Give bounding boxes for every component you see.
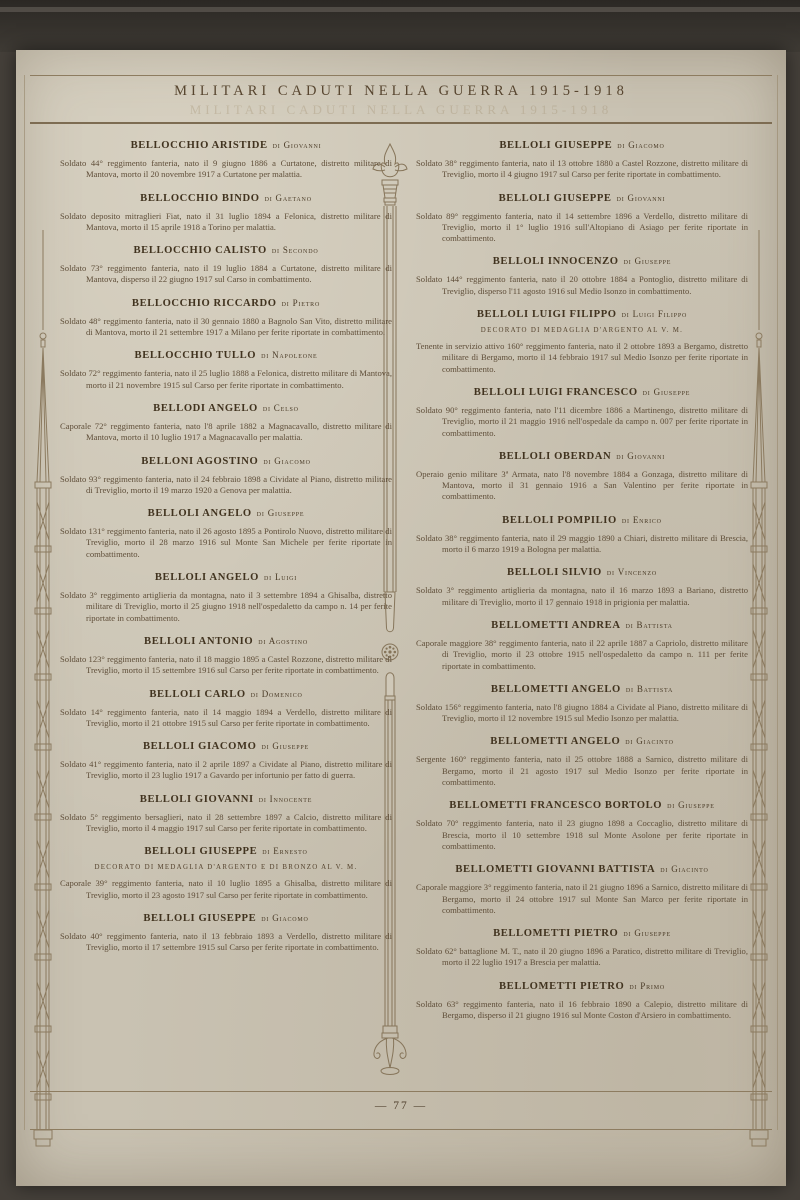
soldier-filiation: di Giacomo [261, 913, 308, 923]
soldier-surname: BELLOLI GIOVANNI [140, 794, 254, 805]
soldier-filiation: di Agostino [258, 636, 308, 646]
soldier-entry: BELLOLI CARLOdi DomenicoSoldato 14° regg… [60, 687, 392, 730]
soldier-record-text: Sergente 160° reggimento fanteria, nato … [416, 754, 748, 788]
soldier-name-heading: BELLOCCHIO ARISTIDEdi Giovanni [60, 138, 392, 152]
soldier-record-text: Soldato 72° reggimento fanteria, nato il… [60, 368, 392, 391]
soldier-entry: BELLOLI ANGELOdi LuigiSoldato 3° reggime… [60, 570, 392, 624]
soldier-record-text: Soldato 123° reggimento fanteria, nato i… [60, 654, 392, 677]
soldier-record-text: Soldato 14° reggimento fanteria, nato il… [60, 707, 392, 730]
soldier-name-heading: BELLONI AGOSTINOdi Giacomo [60, 454, 392, 468]
soldier-record-text: Caporale 39° reggimento fanteria, nato i… [60, 878, 392, 901]
soldier-surname: BELLOCCHIO RICCARDO [132, 298, 277, 309]
soldier-filiation: di Giacinto [625, 736, 673, 746]
soldier-record-text: Soldato 89° reggimento fanteria, nato il… [416, 211, 748, 245]
soldier-surname: BELLOLI ANGELO [148, 508, 252, 519]
soldier-surname: BELLOMETTI ANDREA [491, 620, 620, 631]
soldier-filiation: di Gaetano [265, 193, 312, 203]
soldier-name-heading: BELLODI ANGELOdi Celso [60, 401, 392, 415]
soldier-entry: BELLOCCHIO BINDOdi GaetanoSoldato deposi… [60, 191, 392, 234]
soldier-name-heading: BELLOLI LUIGI FILIPPOdi Luigi Filippo [416, 307, 748, 321]
soldier-name-heading: BELLOLI INNOCENZOdi Giuseppe [416, 254, 748, 268]
soldier-entry: BELLOMETTI ANGELOdi BattistaSoldato 156°… [416, 682, 748, 725]
soldier-filiation: di Luigi Filippo [622, 309, 687, 319]
soldier-surname: BELLOMETTI PIETRO [493, 928, 618, 939]
soldier-name-heading: BELLOCCHIO RICCARDOdi Pietro [60, 296, 392, 310]
book-page: MILITARI CADUTI NELLA GUERRA 1915-1918 M… [16, 50, 786, 1186]
soldier-entry: BELLOLI GIUSEPPEdi ErnestoDECORATO DI ME… [60, 844, 392, 901]
soldier-surname: BELLOLI GIACOMO [143, 741, 256, 752]
soldier-name-heading: BELLOLI GIUSEPPEdi Giovanni [416, 191, 748, 205]
page-number: — 77 — [16, 1100, 786, 1112]
soldier-name-heading: BELLOLI SILVIOdi Vincenzo [416, 565, 748, 579]
soldier-name-heading: BELLOLI POMPILIOdi Enrico [416, 513, 748, 527]
soldier-filiation: di Giacomo [617, 140, 664, 150]
soldier-entry: BELLOLI ANTONIOdi AgostinoSoldato 123° r… [60, 634, 392, 677]
soldier-surname: BELLOLI POMPILIO [502, 515, 617, 526]
soldier-filiation: di Giacinto [660, 864, 708, 874]
soldier-filiation: di Giuseppe [261, 741, 309, 751]
soldier-filiation: di Battista [626, 684, 673, 694]
soldier-record-text: Operaio genio militare 3ª Armata, nato l… [416, 469, 748, 503]
soldier-record-text: Tenente in servizio attivo 160° reggimen… [416, 341, 748, 375]
soldier-record-text: Soldato 38° reggimento fanteria, nato il… [416, 533, 748, 556]
soldier-surname: BELLOLI GIUSEPPE [499, 140, 612, 151]
top-rule [30, 75, 772, 76]
soldier-name-heading: BELLOMETTI ANGELOdi Battista [416, 682, 748, 696]
decoration-line: DECORATO DI MEDAGLIA D'ARGENTO E DI BRON… [60, 864, 392, 871]
soldier-filiation: di Celso [263, 403, 299, 413]
soldier-name-heading: BELLOLI ANTONIOdi Agostino [60, 634, 392, 648]
soldier-filiation: di Ernesto [262, 846, 307, 856]
soldier-entry: BELLONI AGOSTINOdi GiacomoSoldato 93° re… [60, 454, 392, 497]
soldier-record-text: Soldato 70° reggimento fanteria, nato il… [416, 818, 748, 852]
soldier-filiation: di Enrico [622, 515, 662, 525]
soldier-surname: BELLONI AGOSTINO [141, 456, 258, 467]
soldier-filiation: di Giuseppe [257, 508, 305, 518]
soldier-name-heading: BELLOCCHIO TULLOdi Napoleone [60, 348, 392, 362]
soldier-surname: BELLOLI ANGELO [155, 572, 259, 583]
soldier-surname: BELLOMETTI FRANCESCO BORTOLO [449, 800, 662, 811]
soldier-record-text: Caporale maggiore 3° reggimento fanteria… [416, 882, 748, 916]
soldier-record-text: Soldato 90° reggimento fanteria, nato l'… [416, 405, 748, 439]
soldier-entry: BELLOLI LUIGI FILIPPOdi Luigi FilippoDEC… [416, 307, 748, 375]
soldier-filiation: di Giuseppe [624, 256, 672, 266]
soldier-name-heading: BELLOMETTI PIETROdi Giuseppe [416, 926, 748, 940]
soldier-name-heading: BELLOLI GIUSEPPEdi Giacomo [60, 911, 392, 925]
soldier-surname: BELLOMETTI ANGELO [490, 736, 620, 747]
soldier-name-heading: BELLOMETTI FRANCESCO BORTOLOdi Giuseppe [416, 798, 748, 812]
soldier-filiation: di Giovanni [273, 140, 322, 150]
soldier-name-heading: BELLOLI GIUSEPPEdi Giacomo [416, 138, 748, 152]
soldier-name-heading: BELLOCCHIO CALISTOdi Secondo [60, 243, 392, 257]
soldier-surname: BELLOCCHIO CALISTO [134, 245, 267, 256]
soldier-surname: BELLOLI SILVIO [507, 567, 602, 578]
soldier-entry: BELLOMETTI ANGELOdi GiacintoSergente 160… [416, 734, 748, 788]
footer-rule-lower [30, 1129, 772, 1130]
soldier-filiation: di Napoleone [261, 350, 317, 360]
soldier-entry: BELLOCCHIO CALISTOdi SecondoSoldato 73° … [60, 243, 392, 286]
soldier-record-text: Soldato deposito mitraglieri Fiat, nato … [60, 211, 392, 234]
soldier-record-text: Soldato 5° reggimento bersaglieri, nato … [60, 812, 392, 835]
soldier-record-text: Soldato 144° reggimento fanteria, nato i… [416, 274, 748, 297]
soldier-surname: BELLOMETTI ANGELO [491, 684, 621, 695]
soldier-name-heading: BELLOLI ANGELOdi Giuseppe [60, 506, 392, 520]
soldier-filiation: di Giovanni [616, 451, 665, 461]
soldier-record-text: Soldato 156° reggimento fanteria, nato l… [416, 702, 748, 725]
soldier-record-text: Soldato 131° reggimento fanteria, nato i… [60, 526, 392, 560]
soldier-filiation: di Giuseppe [643, 387, 691, 397]
right-column: BELLOLI GIUSEPPEdi GiacomoSoldato 38° re… [416, 138, 748, 1086]
soldier-name-heading: BELLOLI LUIGI FRANCESCOdi Giuseppe [416, 385, 748, 399]
soldier-filiation: di Giuseppe [623, 928, 671, 938]
soldier-entry: BELLOLI GIOVANNIdi InnocenteSoldato 5° r… [60, 792, 392, 835]
page-title: MILITARI CADUTI NELLA GUERRA 1915-1918 [16, 83, 786, 100]
soldier-name-heading: BELLOLI OBERDANdi Giovanni [416, 449, 748, 463]
decoration-line: DECORATO DI MEDAGLIA D'ARGENTO AL V. M. [416, 327, 748, 334]
right-frame-rule [777, 75, 778, 1130]
soldier-surname: BELLOMETTI PIETRO [499, 981, 624, 992]
soldier-filiation: di Domenico [251, 689, 303, 699]
title-underline-rule [30, 122, 772, 124]
soldier-record-text: Soldato 41° reggimento fanteria, nato il… [60, 759, 392, 782]
soldier-name-heading: BELLOLI GIACOMOdi Giuseppe [60, 739, 392, 753]
soldier-record-text: Soldato 63° reggimento fanteria, nato il… [416, 999, 748, 1022]
soldier-entry: BELLOMETTI PIETROdi GiuseppeSoldato 62° … [416, 926, 748, 969]
soldier-filiation: di Secondo [272, 245, 319, 255]
soldier-entry: BELLOLI ANGELOdi GiuseppeSoldato 131° re… [60, 506, 392, 560]
soldier-surname: BELLOCCHIO ARISTIDE [131, 140, 268, 151]
soldier-surname: BELLOLI LUIGI FILIPPO [477, 309, 617, 320]
soldier-entry: BELLOLI GIUSEPPEdi GiacomoSoldato 38° re… [416, 138, 748, 181]
soldier-entry: BELLOLI SILVIOdi VincenzoSoldato 3° regg… [416, 565, 748, 608]
soldier-entry: BELLOLI GIUSEPPEdi GiovanniSoldato 89° r… [416, 191, 748, 245]
soldier-entry: BELLOLI INNOCENZOdi GiuseppeSoldato 144°… [416, 254, 748, 297]
soldier-record-text: Caporale maggiore 38° reggimento fanteri… [416, 638, 748, 672]
title-showthrough: MILITARI CADUTI NELLA GUERRA 1915-1918 [16, 102, 786, 118]
fasces-border-ornament-left [26, 230, 60, 1180]
soldier-name-heading: BELLOLI ANGELOdi Luigi [60, 570, 392, 584]
soldier-entry: BELLODI ANGELOdi CelsoCaporale 72° reggi… [60, 401, 392, 444]
soldier-filiation: di Giuseppe [667, 800, 715, 810]
left-frame-rule [24, 75, 25, 1130]
footer-rule-upper [30, 1091, 772, 1092]
left-column: BELLOCCHIO ARISTIDEdi GiovanniSoldato 44… [60, 138, 392, 1086]
soldier-name-heading: BELLOMETTI ANGELOdi Giacinto [416, 734, 748, 748]
soldier-entry: BELLOLI GIACOMOdi GiuseppeSoldato 41° re… [60, 739, 392, 782]
soldier-record-text: Soldato 38° reggimento fanteria, nato il… [416, 158, 748, 181]
soldier-entry: BELLOMETTI FRANCESCO BORTOLOdi GiuseppeS… [416, 798, 748, 852]
soldier-surname: BELLOLI ANTONIO [144, 636, 253, 647]
soldier-filiation: di Vincenzo [607, 567, 657, 577]
soldier-entry: BELLOMETTI PIETROdi PrimoSoldato 63° reg… [416, 979, 748, 1022]
soldier-name-heading: BELLOLI GIUSEPPEdi Ernesto [60, 844, 392, 858]
soldier-entry: BELLOCCHIO RICCARDOdi PietroSoldato 48° … [60, 296, 392, 339]
soldier-name-heading: BELLOMETTI PIETROdi Primo [416, 979, 748, 993]
soldier-entry: BELLOCCHIO ARISTIDEdi GiovanniSoldato 44… [60, 138, 392, 181]
soldier-record-text: Soldato 44° reggimento fanteria, nato il… [60, 158, 392, 181]
soldier-name-heading: BELLOMETTI ANDREAdi Battista [416, 618, 748, 632]
soldier-record-text: Soldato 40° reggimento fanteria, nato il… [60, 931, 392, 954]
soldier-entry: BELLOCCHIO TULLOdi NapoleoneSoldato 72° … [60, 348, 392, 391]
soldier-surname: BELLOCCHIO BINDO [140, 193, 259, 204]
soldier-entry: BELLOMETTI GIOVANNI BATTISTAdi GiacintoC… [416, 862, 748, 916]
soldier-record-text: Soldato 73° reggimento fanteria, nato il… [60, 263, 392, 286]
soldier-name-heading: BELLOMETTI GIOVANNI BATTISTAdi Giacinto [416, 862, 748, 876]
soldier-entry: BELLOLI POMPILIOdi EnricoSoldato 38° reg… [416, 513, 748, 556]
soldier-filiation: di Luigi [264, 572, 297, 582]
book-page-edge-highlight [0, 7, 800, 12]
soldier-record-text: Caporale 72° reggimento fanteria, nato l… [60, 421, 392, 444]
soldier-filiation: di Battista [626, 620, 673, 630]
soldier-record-text: Soldato 62° battaglione M. T., nato il 2… [416, 946, 748, 969]
soldier-name-heading: BELLOLI CARLOdi Domenico [60, 687, 392, 701]
soldier-name-heading: BELLOLI GIOVANNIdi Innocente [60, 792, 392, 806]
soldier-filiation: di Giovanni [617, 193, 666, 203]
soldier-name-heading: BELLOCCHIO BINDOdi Gaetano [60, 191, 392, 205]
soldier-entry: BELLOLI OBERDANdi GiovanniOperaio genio … [416, 449, 748, 503]
soldier-entry: BELLOLI GIUSEPPEdi GiacomoSoldato 40° re… [60, 911, 392, 954]
soldier-surname: BELLOLI OBERDAN [499, 451, 611, 462]
soldier-surname: BELLOCCHIO TULLO [135, 350, 257, 361]
soldier-surname: BELLOLI INNOCENZO [493, 256, 619, 267]
soldier-filiation: di Pietro [282, 298, 320, 308]
soldier-filiation: di Innocente [259, 794, 313, 804]
soldier-surname: BELLOLI GIUSEPPE [499, 193, 612, 204]
soldier-surname: BELLOLI LUIGI FRANCESCO [474, 387, 638, 398]
soldier-filiation: di Giacomo [263, 456, 310, 466]
soldier-entry: BELLOLI LUIGI FRANCESCOdi GiuseppeSoldat… [416, 385, 748, 439]
soldier-filiation: di Primo [629, 981, 665, 991]
soldier-record-text: Soldato 93° reggimento fanteria, nato il… [60, 474, 392, 497]
soldier-surname: BELLODI ANGELO [153, 403, 258, 414]
soldier-record-text: Soldato 48° reggimento fanteria, nato il… [60, 316, 392, 339]
soldier-surname: BELLOMETTI GIOVANNI BATTISTA [455, 864, 655, 875]
soldier-record-text: Soldato 3° reggimento artiglieria da mon… [60, 590, 392, 624]
soldier-surname: BELLOLI GIUSEPPE [143, 913, 256, 924]
soldier-surname: BELLOLI CARLO [149, 689, 245, 700]
soldier-record-text: Soldato 3° reggimento artiglieria da mon… [416, 585, 748, 608]
soldier-entry: BELLOMETTI ANDREAdi BattistaCaporale mag… [416, 618, 748, 672]
soldier-surname: BELLOLI GIUSEPPE [144, 846, 257, 857]
